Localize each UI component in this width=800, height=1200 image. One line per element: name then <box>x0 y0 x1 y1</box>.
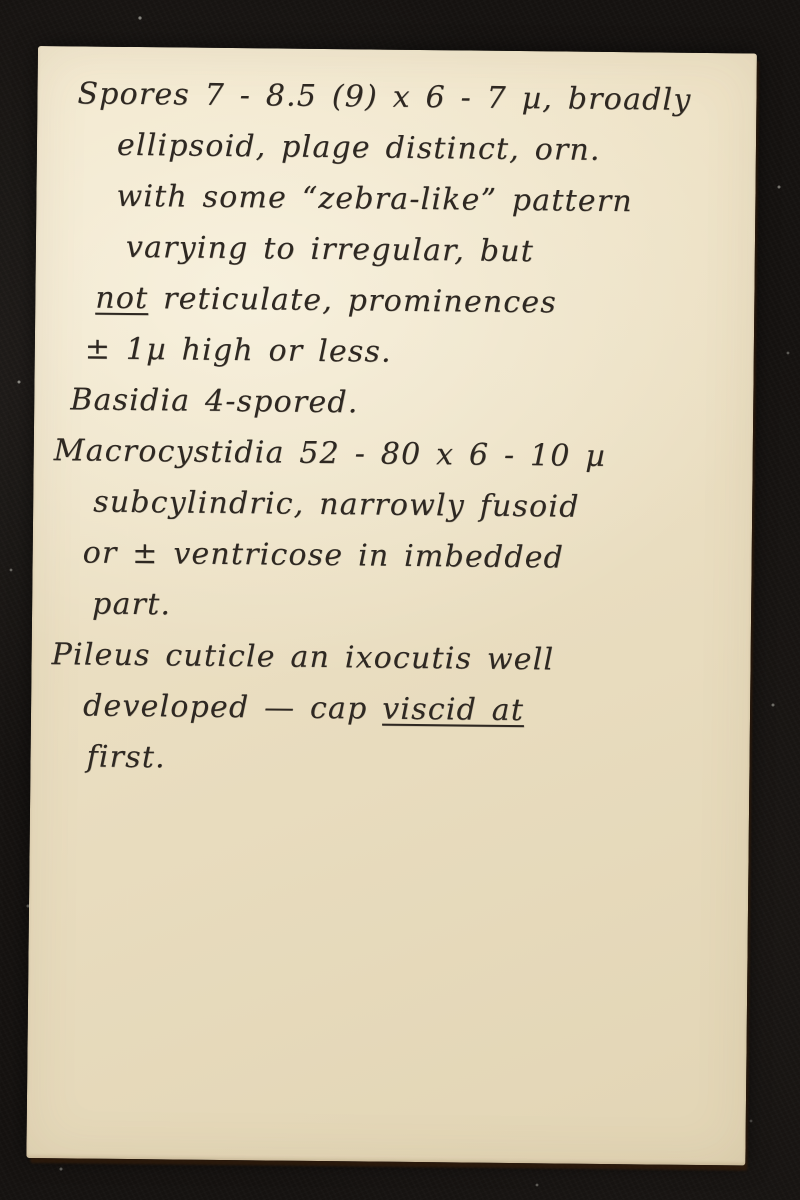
note-text-segment: or ± ventricose in imbedded <box>83 535 565 575</box>
note-line: developed — cap viscid at <box>51 680 740 738</box>
note-text-segment: with some “zebra-like” pattern <box>116 179 633 219</box>
note-line: varying to irregular, but <box>56 221 745 279</box>
note-text-segment: first. <box>86 740 166 776</box>
note-line: Pileus cuticle an ixocutis well <box>51 629 740 687</box>
note-line: not reticulate, prominences <box>55 272 744 330</box>
note-text-segment: varying to irregular, but <box>126 230 535 269</box>
note-text-segment: ellipsoid, plage distinct, orn. <box>117 128 601 168</box>
note-line: Spores 7 - 8.5 (9) x 6 - 7 µ, broadly <box>57 68 746 126</box>
underlined-word: not <box>95 281 148 317</box>
handwritten-note: Spores 7 - 8.5 (9) x 6 - 7 µ, broadlyell… <box>50 68 746 789</box>
note-line: Macrocystidia 52 - 80 x 6 - 10 µ <box>53 425 742 483</box>
note-text-segment: Macrocystidia 52 - 80 x 6 - 10 µ <box>54 433 607 474</box>
note-text-segment: reticulate, prominences <box>148 281 557 320</box>
note-line: ellipsoid, plage distinct, orn. <box>57 119 746 177</box>
note-text-segment: part. <box>92 587 171 623</box>
note-line: subcylindric, narrowly fusoid <box>53 476 742 534</box>
note-text-segment: Pileus cuticle an ixocutis well <box>51 637 554 677</box>
note-text-segment: Spores 7 - 8.5 (9) x 6 - 7 µ, broadly <box>77 76 691 117</box>
note-line: ± 1µ high or less. <box>55 323 744 381</box>
note-line: first. <box>50 731 739 789</box>
note-line: Basidia 4-spored. <box>54 374 743 432</box>
note-line: part. <box>52 578 741 636</box>
note-text-segment: ± 1µ high or less. <box>85 332 392 370</box>
underlined-word: viscid at <box>382 692 524 728</box>
photo-background: Spores 7 - 8.5 (9) x 6 - 7 µ, broadlyell… <box>0 0 800 1200</box>
dust-specks <box>0 0 2 2</box>
index-card: Spores 7 - 8.5 (9) x 6 - 7 µ, broadlyell… <box>26 46 757 1165</box>
note-line: with some “zebra-like” pattern <box>56 170 745 228</box>
note-line: or ± ventricose in imbedded <box>52 527 741 585</box>
note-text-segment: subcylindric, narrowly fusoid <box>93 485 580 525</box>
note-text-segment: Basidia 4-spored. <box>70 382 359 420</box>
note-text-segment: developed — cap <box>83 689 383 727</box>
